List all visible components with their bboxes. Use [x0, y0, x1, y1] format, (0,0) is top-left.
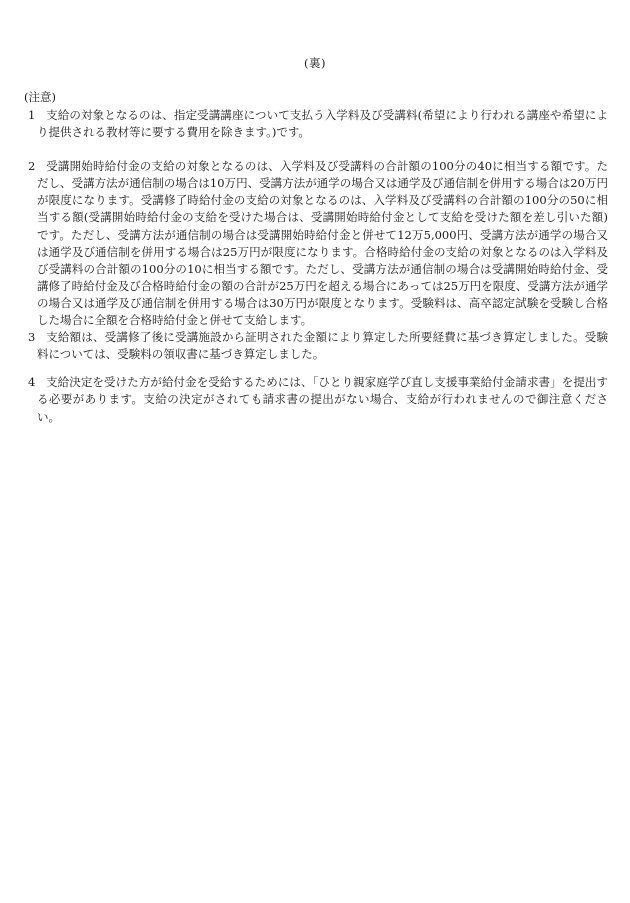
page-side-label: (裏)	[0, 55, 630, 72]
notes-heading: (注意)	[24, 89, 608, 106]
note-item-4: 4支給決定を受けた方が給付金を受給するためには、「ひとり親家庭学び直し支援事業給…	[24, 374, 608, 425]
note-text: 支給額は、受講修了後に受講施設から証明された金額により算定した所要経費に基づき算…	[37, 330, 608, 361]
note-number: 3	[24, 329, 46, 346]
note-text: 支給決定を受けた方が給付金を受給するためには、「ひとり親家庭学び直し支援事業給付…	[37, 375, 608, 423]
note-item-1: 1支給の対象となるのは、指定受講講座について支払う入学料及び受講料(希望により行…	[24, 107, 608, 141]
notes-section: (注意) 1支給の対象となるのは、指定受講講座について支払う入学料及び受講料(希…	[24, 89, 608, 426]
note-number: 1	[24, 107, 46, 124]
note-item-2: 2受講開始時給付金の支給の対象となるのは、入学料及び受講料の合計額の100分の4…	[24, 158, 608, 329]
note-number: 4	[24, 374, 46, 391]
note-text: 受講開始時給付金の支給の対象となるのは、入学料及び受講料の合計額の100分の40…	[37, 159, 608, 327]
document-page: (裏) (注意) 1支給の対象となるのは、指定受講講座について支払う入学料及び受…	[0, 0, 630, 903]
note-number: 2	[24, 158, 46, 175]
note-text: 支給の対象となるのは、指定受講講座について支払う入学料及び受講料(希望により行わ…	[37, 108, 608, 139]
note-item-3: 3支給額は、受講修了後に受講施設から証明された金額により算定した所要経費に基づき…	[24, 329, 608, 363]
